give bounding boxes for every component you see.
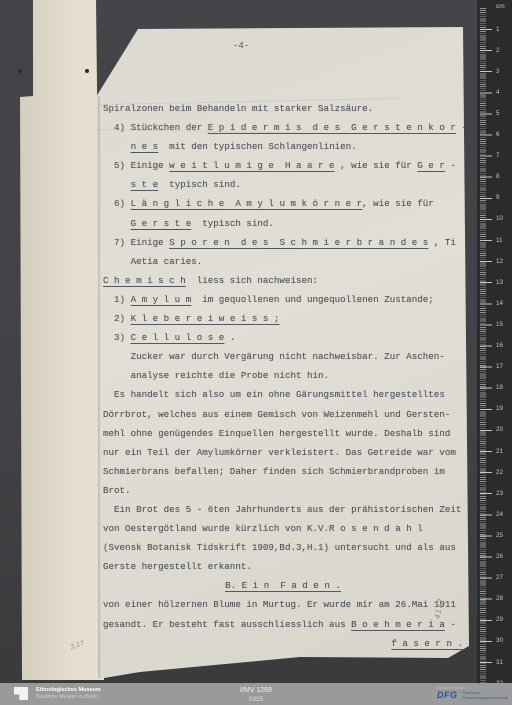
typewritten-line: s t e typisch sind. [103, 175, 463, 194]
ruler-number: 8 [496, 173, 511, 180]
typewritten-line: Zucker war durch Vergärung nicht nachwei… [103, 347, 463, 366]
ruler-number: 20 [496, 426, 511, 433]
fold-shadow [98, 96, 101, 678]
ruler-number: 27 [496, 574, 511, 581]
museum-logo-icon [14, 687, 28, 700]
typewritten-line: Aetia caries. [103, 252, 463, 271]
typewritten-line: 1) A m y l u m im gequollenen und ungequ… [103, 290, 463, 309]
typewritten-line: 2) K l e b e r e i w e i s s ; [103, 309, 463, 328]
ruler-number: 25 [496, 532, 511, 539]
typewritten-line: von Oestergötland wurde kürzlich von K.V… [103, 519, 463, 538]
ruler-number: 17 [496, 363, 511, 370]
typewritten-line: f a s e r n . [103, 634, 463, 653]
staple-hole [18, 69, 22, 73]
typewritten-line: Dörrbrot, welches aus einem Gemisch von … [103, 405, 463, 424]
ruler-number: 22 [496, 469, 511, 476]
typewritten-line: Brot. [103, 481, 463, 500]
ruler-number: 23 [496, 490, 511, 497]
typewritten-line: G e r s t e typisch sind. [103, 214, 463, 233]
typewritten-line: nur ein Teil der Amylumkörner verkleiste… [103, 443, 463, 462]
ruler-number: 14 [496, 300, 511, 307]
typewritten-line: 3) C e l l u l o s e . [103, 328, 463, 347]
ruler-number: 2 [496, 47, 511, 54]
typewritten-line: mehl ohne genügendes Einquellen hergeste… [103, 424, 463, 443]
typewritten-line: n e s mit den typischen Schlangenlinien. [103, 137, 463, 156]
typewritten-line: von einer hölzernen Blume in Murtug. Er … [103, 595, 463, 614]
typewritten-line: Gerste hergestellt erkannt. [103, 557, 463, 576]
ruler-number: 19 [496, 405, 511, 412]
typewritten-line: 7) Einige S p o r e n d e s S c h m i e … [103, 233, 463, 252]
ruler-number: 9 [496, 194, 511, 201]
ruler-number: 31 [496, 659, 511, 666]
ruler-number: 1 [496, 26, 511, 33]
ruler-number: 10 [496, 215, 511, 222]
typewritten-line: C h e m i s c h liess sich nachweisen: [103, 271, 463, 290]
ruler-cm-ticks [480, 29, 492, 685]
dfg-name-line2: Forschungsgemeinschaft [463, 696, 508, 701]
scan-viewport: cm 1234567891011121314151617181920212223… [0, 0, 512, 705]
staple-hole [85, 69, 89, 73]
typewritten-line: B. E i n F a d e n . [103, 576, 463, 595]
ruler-number: 7 [496, 152, 511, 159]
page-number: -4- [226, 40, 256, 51]
ruler-number: 5 [496, 110, 511, 117]
typewritten-line: (Svensk Botanisk Tidskrift 1909,Bd.3,H.1… [103, 538, 463, 557]
ruler-number: 24 [496, 511, 511, 518]
ruler-unit-label: cm [496, 3, 505, 10]
dfg-logo: DFG [437, 690, 458, 700]
typewritten-line: 5) Einige w e i t l u m i g e H a a r e … [103, 156, 463, 175]
typewritten-line: Es handelt sich also um ein ohne Gärungs… [103, 385, 463, 404]
museum-subtitle: Staatliche Museen zu Berlin [36, 694, 98, 700]
ruler-number: 15 [496, 321, 511, 328]
metadata-footer-bar: Ethnologisches Museum Staatliche Museen … [0, 683, 512, 705]
typewritten-line: Schmierbrans befallen; Daher finden sich… [103, 462, 463, 481]
dfg-name: Deutsche Forschungsgemeinschaft [463, 691, 508, 701]
ruler-number: 18 [496, 384, 511, 391]
ruler-number: 26 [496, 553, 511, 560]
typewritten-line: Ein Brot des 5 - 6ten Jahrhunderts aus d… [103, 500, 463, 519]
inventory-number: I/MV 1269 [206, 686, 306, 695]
ruler-number: 28 [496, 595, 511, 602]
ruler-number: 4 [496, 89, 511, 96]
inventory-id-block: I/MV 1269 0325 [206, 686, 306, 704]
image-number: 0325 [206, 695, 306, 704]
ruler-number: 11 [496, 237, 511, 244]
typewritten-line: 6) L ä n g l i c h e A m y l u m k ö r n… [103, 194, 463, 213]
ruler-number: 3 [496, 68, 511, 75]
ruler-number: 13 [496, 279, 511, 286]
museum-name: Ethnologisches Museum [36, 687, 101, 694]
typewritten-line: Spiralzonen beim Behandeln mit starker S… [103, 99, 463, 118]
ruler-number: 12 [496, 258, 511, 265]
ruler-number: 6 [496, 131, 511, 138]
typewritten-line: gesandt. Er besteht fast ausschliesslich… [103, 615, 463, 634]
typewritten-text: Spiralzonen beim Behandeln mit starker S… [103, 99, 463, 653]
ruler-number: 16 [496, 342, 511, 349]
ruler-number: 21 [496, 448, 511, 455]
ruler-number: 30 [496, 637, 511, 644]
ruler-number: 29 [496, 616, 511, 623]
typewritten-line: analyse reichte die Probe nicht hin. [103, 366, 463, 385]
typewritten-line: 4) Stückchen der E p i d e r m i s d e s… [103, 118, 463, 137]
